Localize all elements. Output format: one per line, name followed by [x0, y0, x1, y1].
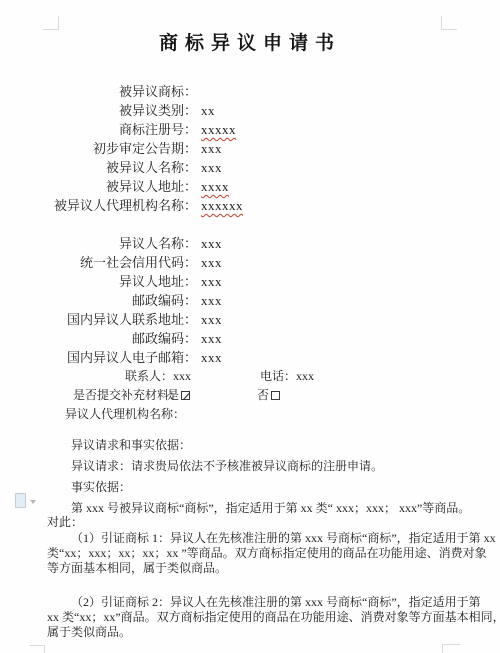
paragraph-line: 等方面基本相同，属于类似商品。 — [47, 561, 459, 576]
paragraph-line: 类“xx；xxx；xx；xx；xx ”等商品。双方商标指定使用的商品在功能用途、… — [47, 546, 459, 561]
yes-label: 是 — [167, 388, 179, 402]
checkbox-unchecked[interactable] — [271, 391, 280, 400]
form-row: 被异议类别： xx — [47, 101, 459, 120]
field-label: 统一社会信用代码： — [47, 253, 197, 272]
field-label: 国内异议人联系地址： — [47, 310, 197, 329]
field-label: 商标注册号： — [47, 120, 197, 139]
agency-row: 异议人代理机构名称： — [47, 405, 459, 424]
form-row: 国内异议人电子邮箱： xxx — [47, 348, 459, 367]
checkbox-checked[interactable] — [181, 391, 190, 400]
field-label: 被异议人名称： — [47, 158, 197, 177]
contact-person: 联系人：xxx — [125, 367, 191, 386]
contact-phone: 电话：xxx — [260, 367, 314, 386]
field-label: 被异议人地址： — [47, 177, 197, 196]
field-label: 异议人地址： — [47, 272, 197, 291]
opposed-mark-section: 被异议商标： 被异议类别： xx 商标注册号： xxxxx 初步审定公告期： x… — [47, 82, 459, 215]
field-label: 国内异议人电子邮箱： — [47, 348, 197, 367]
paste-options-icon[interactable] — [15, 493, 26, 508]
field-value: xx — [201, 101, 215, 120]
supplement-no-option: 否 — [257, 386, 280, 405]
supplement-row: 是否提交补充材料： 是 否 — [47, 386, 459, 405]
form-row: 邮政编码： xxx — [47, 329, 459, 348]
field-value-misspelled: xxxxx — [201, 120, 236, 139]
request-line: 异议请求：请求贵局依法不予核准被异议商标的注册申请。 — [47, 459, 459, 474]
field-label: 被异议人代理机构名称： — [47, 196, 197, 215]
field-value-misspelled: xxxx — [201, 177, 229, 196]
form-row: 统一社会信用代码： xxx — [47, 253, 459, 272]
section-heading: 异议请求和事实依据： — [47, 438, 459, 453]
cited-mark-1-paragraph: （1）引证商标 1：异议人在先核准注册的第 xxx 号商标“商标”，指定适用于第… — [47, 531, 459, 576]
form-row: 被异议商标： — [47, 82, 459, 101]
opponent-section: 异议人名称： xxx 统一社会信用代码： xxx 异议人地址： xxx 邮政编码… — [47, 234, 459, 424]
paragraph-line: （1）引证商标 1：异议人在先核准注册的第 xxx 号商标“商标”，指定适用于第… — [47, 531, 459, 546]
request-and-facts-section: 异议请求和事实依据： 异议请求：请求贵局依法不予核准被异议商标的注册申请。 事实… — [47, 438, 459, 640]
field-value: xxx — [201, 272, 222, 291]
supplement-label: 是否提交补充材料： — [73, 386, 181, 405]
form-row: 国内异议人联系地址： xxx — [47, 310, 459, 329]
margin-crop-mark-bottom-right — [442, 644, 460, 653]
form-row: 被异议人代理机构名称： xxxxxx — [47, 196, 459, 215]
field-label: 被异议类别： — [47, 101, 197, 120]
paragraph-line: （2）引证商标 2：异议人在先核准注册的第 xxx 号商标“商标”，指定适用于第 — [47, 595, 459, 610]
field-value-misspelled: xxxxxx — [201, 196, 243, 215]
field-value: xxx — [201, 234, 222, 253]
field-value: xxx — [201, 253, 222, 272]
field-value: xxx — [201, 348, 222, 367]
form-row: 被异议人地址： xxxx — [47, 177, 459, 196]
field-value: xxx — [201, 329, 222, 348]
margin-crop-mark-bottom-left — [29, 645, 45, 653]
form-row: 异议人名称： xxx — [47, 234, 459, 253]
field-label: 被异议商标： — [47, 82, 197, 101]
chevron-down-icon[interactable] — [30, 500, 36, 504]
form-row: 被异议人名称： xxx — [47, 158, 459, 177]
paragraph-line: 属于类似商品。 — [47, 625, 459, 640]
paragraph-line: xx 类“xx；xx”商品。双方商标指定使用的商品在功能用途、消费对象等方面基本… — [47, 610, 459, 625]
paragraph-line: 第 xxx 号被异议商标“商标”，指定适用于第 xx 类“ xxx；xxx； x… — [47, 501, 459, 515]
field-value: xxx — [201, 310, 222, 329]
form-row: 初步审定公告期： xxx — [47, 139, 459, 158]
paragraph-line: 对此： — [47, 515, 459, 529]
facts-paragraph: 第 xxx 号被异议商标“商标”，指定适用于第 xx 类“ xxx；xxx； x… — [47, 501, 459, 529]
contact-row: 联系人：xxx 电话：xxx — [47, 367, 459, 386]
field-label: 异议人名称： — [47, 234, 197, 253]
field-value: xxx — [201, 158, 222, 177]
field-label: 邮政编码： — [47, 291, 197, 310]
field-label: 邮政编码： — [47, 329, 197, 348]
field-label: 初步审定公告期： — [47, 139, 197, 158]
supplement-yes-option: 是 — [167, 386, 190, 405]
field-value: xxx — [201, 291, 222, 310]
field-value: xxx — [201, 139, 222, 158]
page-title: 商标异议申请书 — [0, 28, 500, 55]
facts-heading: 事实依据： — [47, 480, 459, 495]
document-page: 商标异议申请书 被异议商标： 被异议类别： xx 商标注册号： xxxxx 初步… — [0, 0, 500, 653]
agency-label: 异议人代理机构名称： — [65, 405, 185, 424]
form-row: 异议人地址： xxx — [47, 272, 459, 291]
cited-mark-2-paragraph: （2）引证商标 2：异议人在先核准注册的第 xxx 号商标“商标”，指定适用于第… — [47, 595, 459, 640]
no-label: 否 — [257, 388, 269, 402]
form-row: 邮政编码： xxx — [47, 291, 459, 310]
form-row: 商标注册号： xxxxx — [47, 120, 459, 139]
